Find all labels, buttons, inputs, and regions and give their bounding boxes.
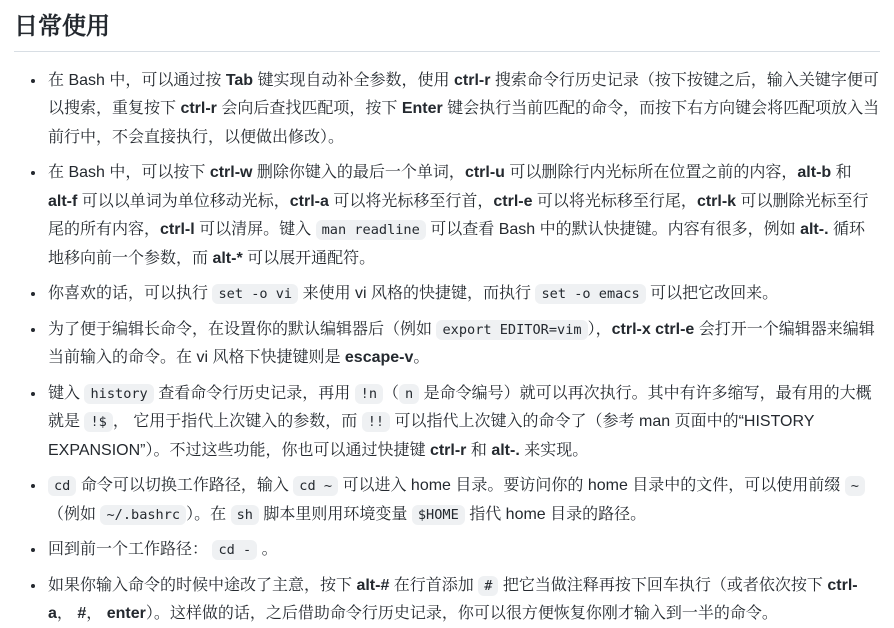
list-item: 如果你输入命令的时候中途改了主意，按下 alt-# 在行首添加 # 把它当做注释…	[46, 572, 880, 628]
list-item: 回到前一个工作路径： cd - 。	[46, 536, 880, 564]
text-run: 来使用 vi 风格的快捷键，而执行	[298, 285, 535, 302]
inline-code: cd ~	[293, 476, 338, 496]
list-item: 你喜欢的话，可以执行 set -o vi 来使用 vi 风格的快捷键，而执行 s…	[46, 280, 880, 308]
text-run: 可以进入 home 目录。要访问你的 home 目录中的文件，可以使用前缀	[338, 477, 845, 494]
text-run: 查看命令行历史记录，再用	[154, 385, 355, 402]
text-run: 和	[466, 442, 491, 459]
text-run: 在 Bash 中，可以按下	[48, 164, 210, 181]
text-run: 键实现自动补全参数，使用	[253, 72, 454, 89]
keyboard-shortcut: ctrl-w	[210, 164, 253, 181]
keyboard-shortcut: enter	[107, 605, 146, 622]
keyboard-shortcut: alt-f	[48, 193, 77, 210]
keyboard-shortcut: ctrl-k	[697, 193, 736, 210]
keyboard-shortcut: escape-v	[345, 349, 414, 366]
list-item: 键入 history 查看命令行历史记录，再用 !n（n 是命令编号）就可以再次…	[46, 380, 880, 465]
text-run: 键入	[48, 385, 84, 402]
inline-code: n	[399, 384, 419, 404]
inline-code: ~	[845, 476, 865, 496]
inline-code: !$	[84, 412, 112, 432]
list-item: 为了便于编辑长命令，在设置你的默认编辑器后（例如 export EDITOR=v…	[46, 316, 880, 373]
text-run: 删除你键入的最后一个单词，	[252, 164, 464, 181]
text-run: 可以将光标移至行尾，	[532, 193, 696, 210]
inline-code: !!	[362, 412, 390, 432]
text-run: 为了便于编辑长命令，在设置你的默认编辑器后（例如	[48, 321, 436, 338]
inline-code: cd -	[212, 540, 257, 560]
inline-code: cd	[48, 476, 76, 496]
inline-code: !n	[355, 384, 383, 404]
text-run: 在行首添加	[389, 577, 478, 594]
text-run: 在 Bash 中，可以通过按	[48, 72, 226, 89]
inline-code: set -o vi	[212, 284, 298, 304]
text-run: 你喜欢的话，可以执行	[48, 285, 212, 302]
text-run: 指代 home 目录的路径。	[465, 506, 646, 523]
text-run: （例如	[48, 506, 100, 523]
inline-code: export EDITOR=vim	[436, 320, 587, 340]
keyboard-shortcut: ctrl-e	[493, 193, 532, 210]
text-run: 来实现。	[520, 442, 588, 459]
text-run: 会向后查找匹配项，按下	[217, 100, 402, 117]
keyboard-shortcut: ctrl-x ctrl-e	[612, 321, 695, 338]
keyboard-shortcut: Enter	[402, 100, 443, 117]
text-run: 可以以单词为单位移动光标，	[77, 193, 289, 210]
inline-code: ~/.bashrc	[100, 505, 186, 525]
inline-code: sh	[231, 505, 259, 525]
text-run: 可以将光标移至行首，	[329, 193, 493, 210]
text-run: 可以删除行内光标所在位置之前的内容，	[505, 164, 797, 181]
text-run: 如果你输入命令的时候中途改了主意，按下	[48, 577, 356, 594]
text-run: 可以查看 Bash 中的默认快捷键。内容有很多，例如	[426, 221, 800, 238]
keyboard-shortcut: Tab	[226, 72, 253, 89]
text-run: ， 它用于指代上次键入的参数，而	[113, 413, 362, 430]
keyboard-shortcut: #	[77, 605, 86, 622]
inline-code: #	[478, 576, 498, 596]
keyboard-shortcut: alt-.	[800, 221, 828, 238]
keyboard-shortcut: alt-*	[212, 250, 242, 267]
text-run: ，	[57, 605, 77, 622]
keyboard-shortcut: ctrl-l	[160, 221, 195, 238]
text-run: 可以展开通配符。	[243, 250, 375, 267]
keyboard-shortcut: ctrl-r	[430, 442, 466, 459]
text-run: （	[383, 385, 399, 402]
keyboard-shortcut: ctrl-u	[465, 164, 505, 181]
page-title: 日常使用	[14, 10, 880, 52]
list-item: cd 命令可以切换工作路径，输入 cd ~ 可以进入 home 目录。要访问你的…	[46, 472, 880, 529]
text-run: 。	[257, 541, 277, 558]
keyboard-shortcut: alt-.	[491, 442, 519, 459]
text-run: 和	[831, 164, 851, 181]
markdown-document: 日常使用 在 Bash 中，可以通过按 Tab 键实现自动补全参数，使用 ctr…	[0, 0, 894, 628]
text-run: 脚本里则用环境变量	[259, 506, 412, 523]
text-run: 可以清屏。键入	[195, 221, 316, 238]
keyboard-shortcut: ctrl-r	[454, 72, 490, 89]
list-item: 在 Bash 中，可以按下 ctrl-w 删除你键入的最后一个单词，ctrl-u…	[46, 159, 880, 273]
text-run: ），	[588, 321, 612, 338]
text-run: ）。这样做的话，之后借助命令行历史记录，你可以很方便恢复你刚才输入到一半的命令。	[146, 605, 778, 622]
keyboard-shortcut: ctrl-r	[180, 100, 216, 117]
text-run: 。	[413, 349, 429, 366]
text-run: 可以把它改回来。	[646, 285, 778, 302]
keyboard-shortcut: ctrl-a	[290, 193, 329, 210]
list-item: 在 Bash 中，可以通过按 Tab 键实现自动补全参数，使用 ctrl-r 搜…	[46, 67, 880, 152]
inline-code: history	[84, 384, 153, 404]
inline-code: man readline	[316, 220, 426, 240]
text-run: 回到前一个工作路径：	[48, 541, 212, 558]
inline-code: set -o emacs	[535, 284, 645, 304]
inline-code: $HOME	[412, 505, 465, 525]
text-run: ）。在	[186, 506, 230, 523]
keyboard-shortcut: alt-b	[797, 164, 831, 181]
text-run: 把它当做注释再按下回车执行（或者依次按下	[498, 577, 827, 594]
text-run: ，	[86, 605, 106, 622]
text-run: 命令可以切换工作路径，输入	[76, 477, 293, 494]
tips-list: 在 Bash 中，可以通过按 Tab 键实现自动补全参数，使用 ctrl-r 搜…	[14, 67, 880, 628]
keyboard-shortcut: alt-#	[356, 577, 389, 594]
